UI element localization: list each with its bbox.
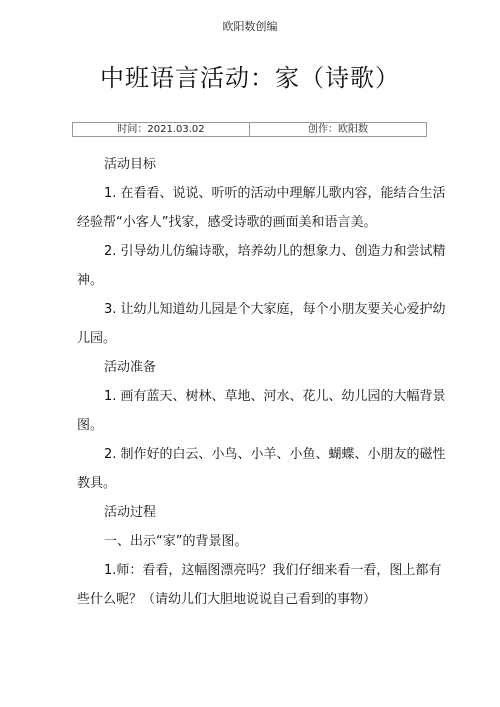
process-item: 一、出示“家”的背景图。 [77,527,447,556]
section-heading-preparation: 活动准备 [77,353,447,382]
goal-item: 1. 在看看、说说、听听的活动中理解儿歌内容，能结合生活经验帮“小客人”找家，感… [77,179,447,237]
process-item: 1.师：看看，这幅图漂亮吗？我们仔细来看一看，图上都有些什么呢？（请幼儿们大胆地… [77,556,447,614]
goal-item: 2. 引导幼儿仿编诗歌，培养幼儿的想象力、创造力和尝试精神。 [77,237,447,295]
meta-author: 创作：欧阳数 [249,123,426,136]
preparation-item: 2. 制作好的白云、小鸟、小羊、小鱼、蝴蝶、小朋友的磁性教具。 [77,440,447,498]
document-title: 中班语言活动：家（诗歌） [0,58,500,93]
goal-item: 3. 让幼儿知道幼儿园是个大家庭，每个小朋友要关心爱护幼儿园。 [77,295,447,353]
section-heading-process: 活动过程 [77,498,447,527]
meta-table: 时间：2021.03.02 创作：欧阳数 [72,122,427,137]
preparation-item: 1. 画有蓝天、树林、草地、河水、花儿、幼儿园的大幅背景图。 [77,382,447,440]
document-body: 活动目标 1. 在看看、说说、听听的活动中理解儿歌内容，能结合生活经验帮“小客人… [77,150,447,614]
document-header-note: 欧阳数创编 [0,18,500,34]
meta-time: 时间：2021.03.02 [73,123,249,136]
section-heading-goals: 活动目标 [77,150,447,179]
